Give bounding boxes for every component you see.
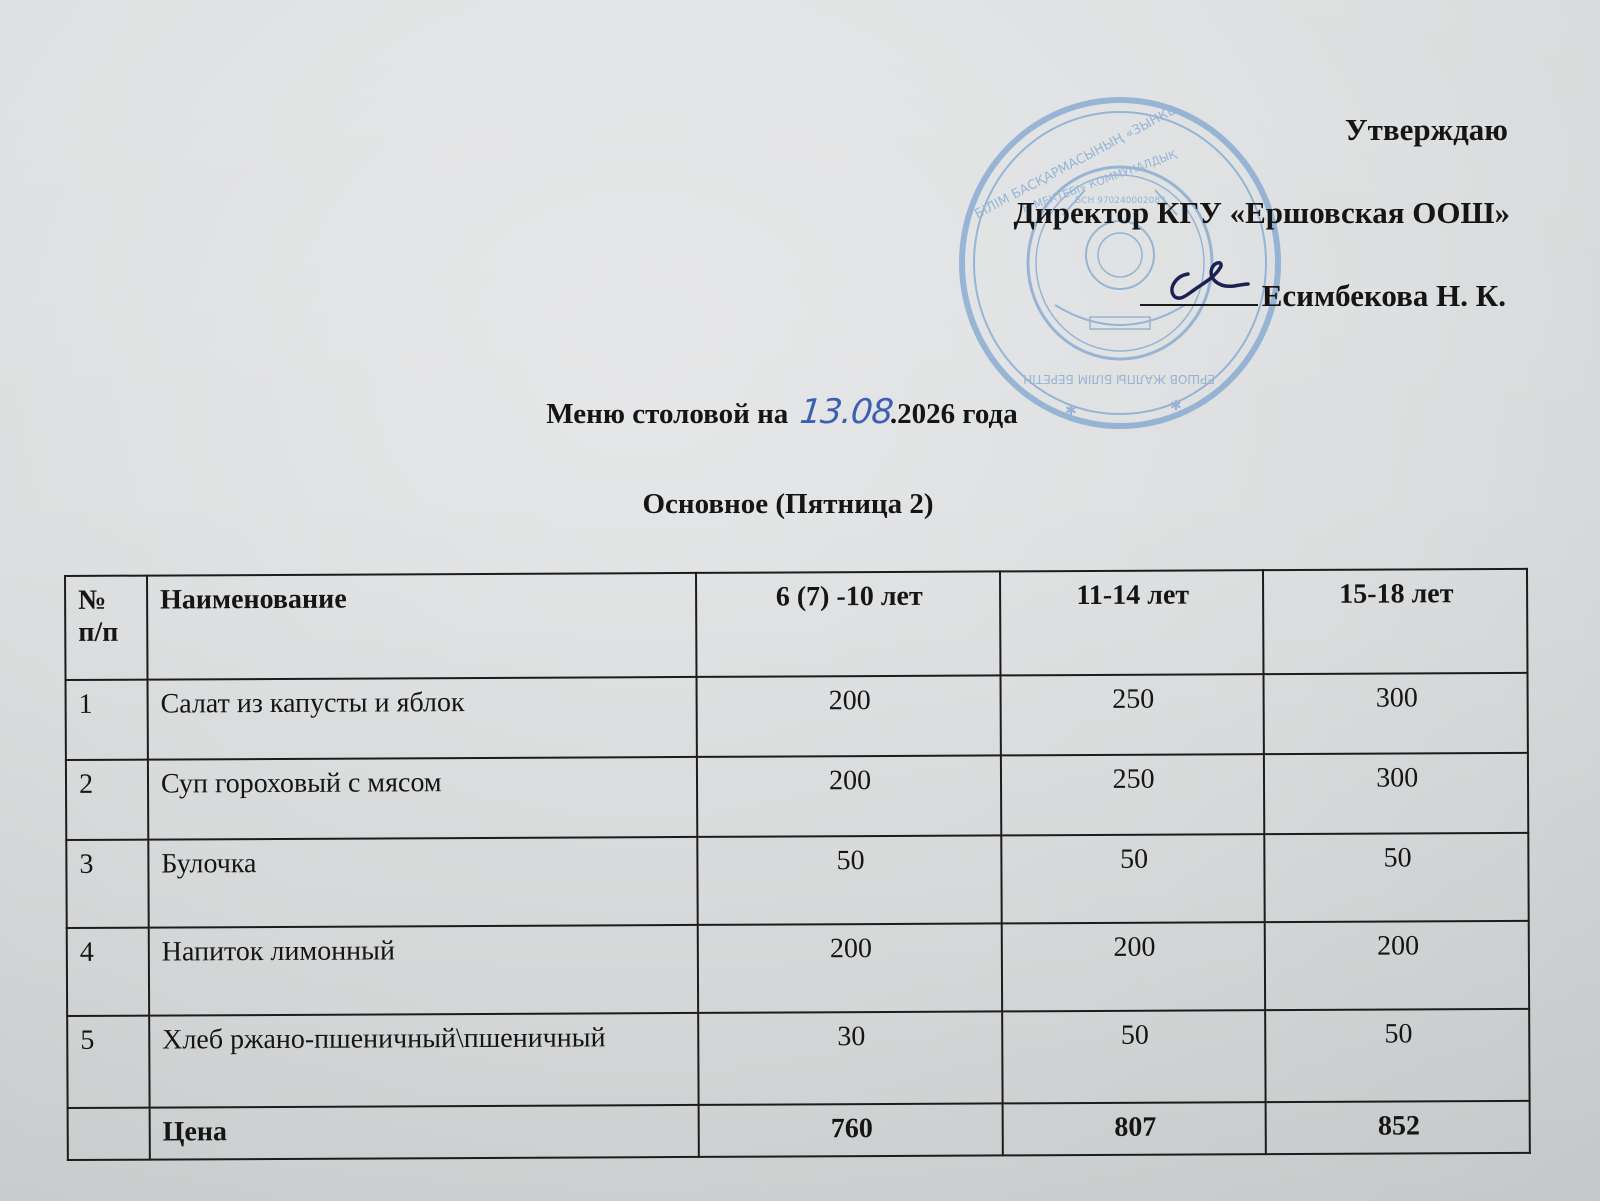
row-index: 3 [66,840,148,928]
row-index: 1 [66,680,148,760]
portion-11-14: 200 [1002,922,1266,1011]
portion-11-14: 250 [1001,754,1265,835]
row-index: 4 [67,928,149,1016]
table-row: 4 Напиток лимонный 200 200 200 [67,921,1529,1016]
header-name: Наименование [147,573,697,680]
table-row: 1 Салат из капусты и яблок 200 250 300 [66,673,1528,760]
portion-6-10: 200 [698,923,1002,1012]
table-header-row: №п/п Наименование 6 (7) -10 лет 11-14 ле… [65,569,1527,680]
header-age-15-18: 15-18 лет [1263,569,1527,674]
price-15-18: 852 [1266,1101,1530,1154]
signature-line: Есимбекова Н. К. [1140,272,1506,314]
header-age-6-10: 6 (7) -10 лет [696,571,1000,676]
row-index: 5 [67,1016,149,1108]
table-row: 5 Хлеб ржано-пшеничный\пшеничный 30 50 5… [67,1009,1529,1108]
portion-15-18: 200 [1265,921,1529,1010]
menu-title: Меню столовой на 13.08.2026 года [0,392,1582,432]
portion-15-18: 50 [1266,1009,1530,1102]
portion-6-10: 200 [697,675,1001,756]
price-11-14: 807 [1002,1102,1266,1155]
svg-text:ЕРШОВ ЖАЛПЫ БІЛІМ БЕРЕТІН: ЕРШОВ ЖАЛПЫ БІЛІМ БЕРЕТІН [1023,372,1215,386]
portion-15-18: 300 [1264,673,1528,754]
portion-6-10: 50 [698,835,1002,924]
table-row: 2 Суп гороховый с мясом 200 250 300 [66,753,1528,840]
dish-name: Салат из капусты и яблок [147,677,697,760]
menu-title-suffix: .2026 года [890,398,1018,430]
menu-subtitle: Основное (Пятница 2) [0,488,1588,521]
header-index: №п/п [65,576,147,680]
portion-15-18: 300 [1264,753,1528,834]
signature-field [1140,272,1258,306]
price-row: Цена 760 807 852 [68,1101,1530,1160]
approval-title: Утверждаю [1345,112,1508,148]
price-6-10: 760 [699,1103,1003,1156]
portion-6-10: 200 [697,755,1001,836]
handwritten-date: 13.08 [797,392,894,432]
dish-name: Булочка [148,837,698,928]
menu-title-prefix: Меню столовой на [546,398,788,430]
portion-15-18: 50 [1265,833,1529,922]
signatory-name: Есимбекова Н. К. [1262,278,1506,313]
portion-11-14: 50 [1002,1010,1266,1103]
signature-icon [1158,254,1250,306]
row-index: 2 [66,760,148,840]
price-label: Цена [150,1105,700,1160]
dish-name: Хлеб ржано-пшеничный\пшеничный [149,1013,699,1108]
price-row-index [68,1108,150,1160]
portion-11-14: 50 [1001,834,1265,923]
director-title: Директор КГУ «Ершовская ООШ» [1014,195,1510,231]
portion-11-14: 250 [1000,674,1264,755]
table-row: 3 Булочка 50 50 50 [66,833,1528,928]
dish-name: Суп гороховый с мясом [148,757,698,840]
dish-name: Напиток лимонный [149,925,699,1016]
menu-table: №п/п Наименование 6 (7) -10 лет 11-14 ле… [64,568,1531,1161]
portion-6-10: 30 [699,1011,1003,1104]
header-age-11-14: 11-14 лет [1000,570,1264,675]
